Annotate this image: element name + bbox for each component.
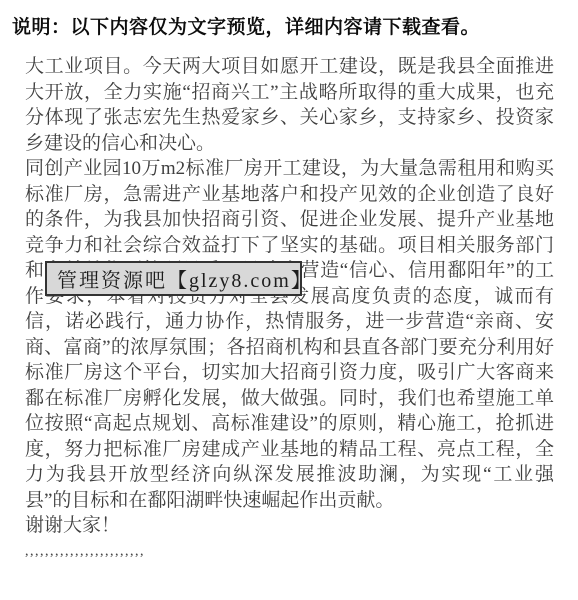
watermark-badge: 管理资源吧【glzy8.com】 <box>45 261 302 296</box>
paragraph-main: 同创产业园10万m2标准厂房开工建设，为大量急需租用和购买标准厂房，急需进产业基… <box>25 156 554 513</box>
watermark-text: 管理资源吧【glzy8.com】 <box>57 264 302 293</box>
preview-notice: 说明：以下内容仅为文字预览，详细内容请下载查看。 <box>12 16 480 40</box>
paragraph-thanks: 谢谢大家！ <box>25 513 554 539</box>
ellipsis-line: ,,,,,,,,,,,,,,,,,,,,,,,, <box>25 539 554 565</box>
document-body: 大工业项目。今天两大项目如愿开工建设，既是我县全面推进大开放，全力实施“招商兴工… <box>25 54 554 564</box>
document-preview-page: 说明：以下内容仅为文字预览，详细内容请下载查看。 大工业项目。今天两大项目如愿开… <box>0 0 578 600</box>
paragraph-intro: 大工业项目。今天两大项目如愿开工建设，既是我县全面推进大开放，全力实施“招商兴工… <box>25 54 554 156</box>
